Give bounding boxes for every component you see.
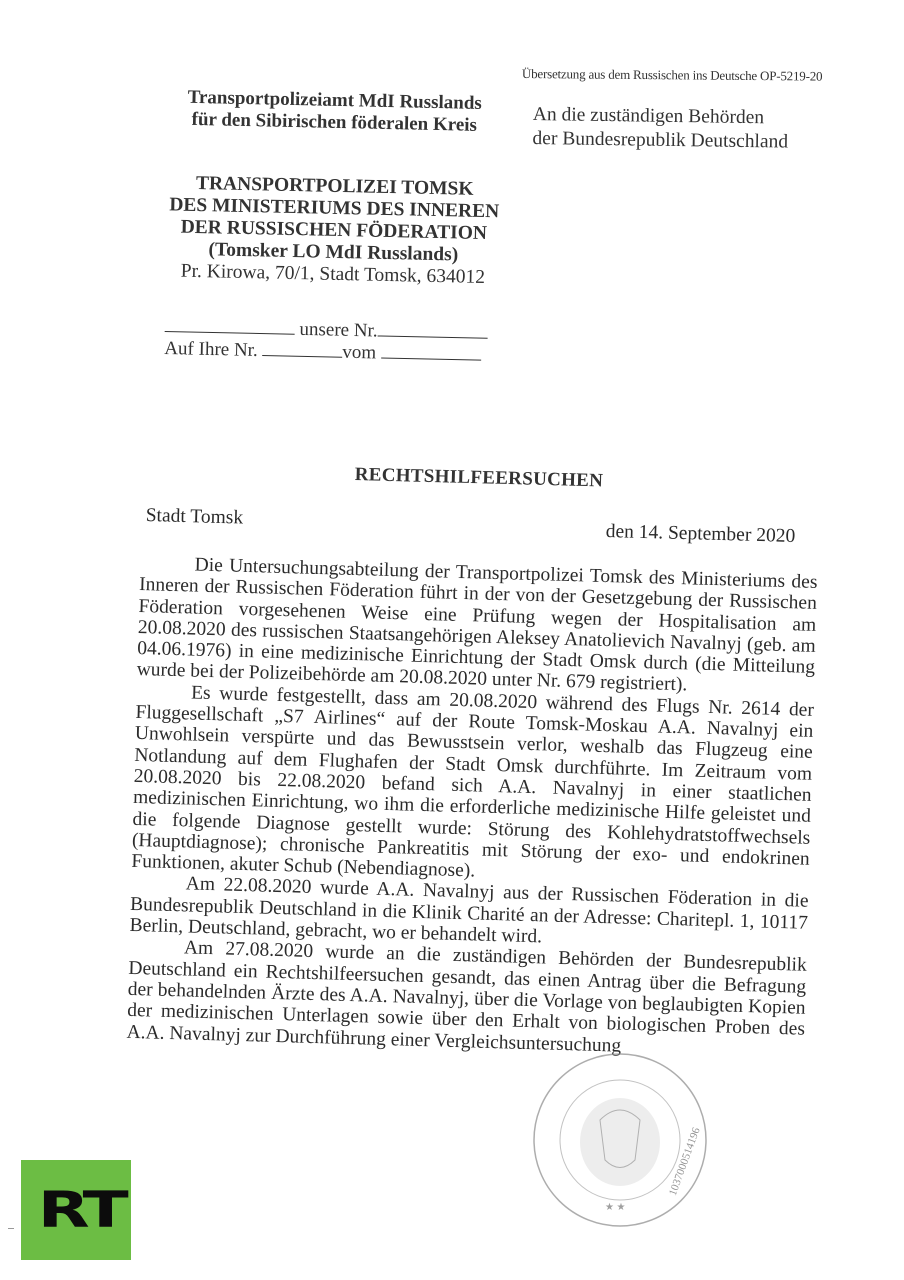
- rt-logo-watermark: RT: [21, 1160, 131, 1260]
- paragraph: Die Untersuchungsabteilung der Transport…: [136, 553, 817, 700]
- reference-fields: unsere Nr. Auf Ihre Nr. vom: [164, 316, 488, 367]
- svg-text:★ ★: ★ ★: [605, 1202, 625, 1213]
- our-ref-blank: [377, 334, 487, 338]
- from-label: vom: [342, 342, 376, 364]
- document-title: RECHTSHILFEERSUCHEN: [354, 464, 603, 492]
- sender-unit: TRANSPORTPOLIZEI TOMSK DES MINISTERIUMS …: [148, 172, 520, 290]
- document-place: Stadt Tomsk: [145, 505, 243, 530]
- addressee-line: An die zuständigen Behörden: [533, 103, 789, 131]
- translation-note: Übersetzung aus dem Russischen ins Deuts…: [522, 66, 823, 85]
- your-ref-label: Auf Ihre Nr.: [164, 338, 258, 361]
- paragraph: Es wurde festgestellt, dass am 20.08.202…: [131, 681, 814, 892]
- addressee-line: der Bundesrepublik Deutschland: [532, 127, 788, 155]
- blank-line: [165, 330, 295, 335]
- addressee: An die zuständigen Behörden der Bundesre…: [532, 103, 788, 155]
- paragraph: Am 27.08.2020 wurde an die zuständigen B…: [126, 936, 807, 1061]
- document-body: Die Untersuchungsabteilung der Transport…: [126, 553, 817, 1062]
- sender-authority: Transportpolizeiamt MdI Russlands für de…: [149, 86, 520, 138]
- from-blank: [381, 357, 481, 361]
- document-date: den 14. September 2020: [605, 521, 795, 548]
- our-ref-label: unsere Nr.: [299, 319, 378, 342]
- svg-text:1037000514196: 1037000514196: [667, 1126, 703, 1198]
- official-seal-icon: 1037000514196 ★ ★: [530, 1050, 710, 1230]
- margin-mark: [8, 1228, 14, 1229]
- rt-logo-text: RT: [38, 1181, 125, 1239]
- your-ref-blank: [262, 354, 342, 358]
